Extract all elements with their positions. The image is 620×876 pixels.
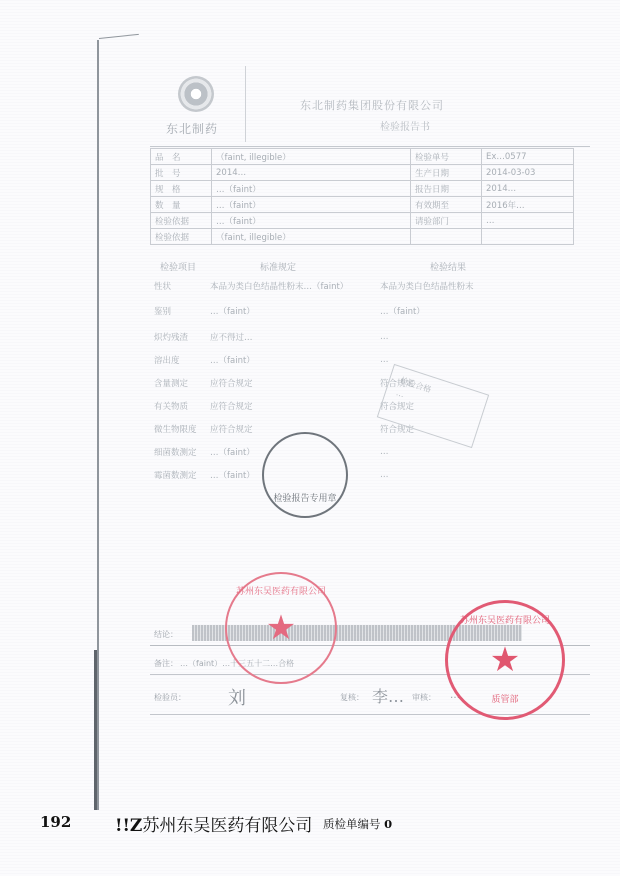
test-row: 有关物质应符合规定符合规定 xyxy=(150,394,580,417)
star-icon: ★ xyxy=(490,643,520,677)
info-cell: （faint, illegible） xyxy=(212,149,411,165)
info-cell: …（faint） xyxy=(212,213,411,229)
test-item: 炽灼残渣 xyxy=(150,331,210,343)
test-result: …（faint） xyxy=(380,305,580,317)
info-row: 品 名（faint, illegible）检验单号Ex…0577 xyxy=(151,149,574,165)
product-info-table: 品 名（faint, illegible）检验单号Ex…0577批 号2014…… xyxy=(150,148,574,245)
info-cell: 2014-03-03 xyxy=(482,165,574,181)
inspector-label: 检验员： xyxy=(154,692,186,703)
test-result: … xyxy=(380,447,580,457)
info-cell: 2014… xyxy=(482,181,574,197)
header-divider xyxy=(245,66,246,142)
inspection-seal: 检验报告专用章 xyxy=(262,432,348,518)
test-result: … xyxy=(380,332,580,342)
column-header-standard: 标准规定 xyxy=(260,260,296,273)
info-cell: 检验依据 xyxy=(151,213,212,229)
qc-label: 质检单编号 xyxy=(323,817,381,831)
info-cell: … xyxy=(482,213,574,229)
info-cell: 2014… xyxy=(212,165,411,181)
info-cell: …（faint） xyxy=(212,181,411,197)
qc-number: 质检单编号 0 xyxy=(323,816,392,832)
info-cell: 生产日期 xyxy=(411,165,482,181)
info-cell: 报告日期 xyxy=(411,181,482,197)
info-cell: 数 量 xyxy=(151,197,212,213)
conclusion-label: 结论： xyxy=(154,629,178,640)
test-standard: …（faint） xyxy=(210,354,380,366)
info-row: 规 格…（faint）报告日期2014… xyxy=(151,181,574,197)
star-icon: ★ xyxy=(266,611,296,645)
info-cell: 检验单号 xyxy=(411,149,482,165)
inspector-signature: 刘 xyxy=(228,684,246,710)
logo-text: 东北制药 xyxy=(166,120,218,137)
qc-value: 0 xyxy=(384,817,392,831)
info-cell: 批 号 xyxy=(151,165,212,181)
test-item: 溶出度 xyxy=(150,354,210,366)
test-standard: 应符合规定 xyxy=(210,377,380,389)
test-row: 鉴别…（faint）…（faint） xyxy=(150,297,580,325)
test-row: 细菌数测定…（faint）… xyxy=(150,440,580,463)
reviewer-signature: 李… xyxy=(372,684,404,707)
info-cell: 有效期至 xyxy=(411,197,482,213)
info-cell xyxy=(482,229,574,245)
seal-text: 苏州东吴医药有限公司 xyxy=(448,613,562,626)
test-standard: 本品为类白色结晶性粉末…（faint） xyxy=(210,280,380,292)
binder-tick xyxy=(99,34,139,39)
info-cell: …（faint） xyxy=(212,197,411,213)
footer-company-name: 苏州东吴医药有限公司 xyxy=(142,816,312,836)
test-item: 性状 xyxy=(150,280,210,292)
distributor-seal: ★ 苏州东吴医药有限公司 xyxy=(225,572,337,684)
test-standard: 应符合规定 xyxy=(210,400,380,412)
test-item: 微生物限度 xyxy=(150,423,210,435)
footer-company: !!Z苏州东吴医药有限公司 xyxy=(115,811,312,836)
column-header-item: 检验项目 xyxy=(160,260,196,273)
reviewer-label: 复核： xyxy=(340,692,364,703)
info-cell: 品 名 xyxy=(151,149,212,165)
test-item: 霉菌数测定 xyxy=(150,469,210,481)
test-row: 炽灼残渣应不得过…… xyxy=(150,325,580,348)
test-row: 溶出度…（faint）… xyxy=(150,348,580,371)
binder-line xyxy=(97,40,99,810)
test-row: 含量测定应符合规定符合规定 xyxy=(150,371,580,394)
info-cell xyxy=(411,229,482,245)
test-standard: …（faint） xyxy=(210,305,380,317)
test-item: 鉴别 xyxy=(150,305,210,317)
test-item: 细菌数测定 xyxy=(150,446,210,458)
report-header: 东北制药 东北制药集团股份有限公司 检验报告书 xyxy=(150,60,590,147)
seal-subtext: 质管部 xyxy=(448,692,562,705)
info-row: 检验依据（faint, illegible） xyxy=(151,229,574,245)
info-cell: 请验部门 xyxy=(411,213,482,229)
test-row: 微生物限度应符合规定符合规定 xyxy=(150,417,580,440)
info-row: 检验依据…（faint）请验部门… xyxy=(151,213,574,229)
test-row: 性状本品为类白色结晶性粉末…（faint）本品为类白色结晶性粉末 xyxy=(150,274,580,297)
info-row: 批 号2014…生产日期2014-03-03 xyxy=(151,165,574,181)
footer-prefix: !!Z xyxy=(115,816,142,836)
column-header-result: 检验结果 xyxy=(430,260,466,273)
info-cell: （faint, illegible） xyxy=(212,229,411,245)
company-logo-icon xyxy=(178,76,214,112)
info-cell: Ex…0577 xyxy=(482,149,574,165)
test-result: … xyxy=(380,470,580,480)
test-result: 本品为类白色结晶性粉末 xyxy=(380,280,580,292)
test-row: 霉菌数测定…（faint）… xyxy=(150,463,580,486)
report-title: 检验报告书 xyxy=(380,118,430,133)
seal-text: 苏州东吴医药有限公司 xyxy=(227,584,335,597)
info-cell: 规 格 xyxy=(151,181,212,197)
binder-line-bottom xyxy=(94,650,97,810)
remark-label: 备注： xyxy=(154,658,178,669)
page-number: 192 xyxy=(40,813,71,831)
test-item: 含量测定 xyxy=(150,377,210,389)
issuer-name: 东北制药集团股份有限公司 xyxy=(300,97,444,113)
company-seal: ★ 苏州东吴医药有限公司 质管部 xyxy=(445,600,565,720)
scanned-page: 东北制药 东北制药集团股份有限公司 检验报告书 品 名（faint, illeg… xyxy=(0,0,620,876)
info-cell: 检验依据 xyxy=(151,229,212,245)
test-result: … xyxy=(380,355,580,365)
test-results: 性状本品为类白色结晶性粉末…（faint）本品为类白色结晶性粉末鉴别…（fain… xyxy=(150,274,580,486)
approver-label: 审核： xyxy=(412,692,436,703)
info-row: 数 量…（faint）有效期至2016年… xyxy=(151,197,574,213)
test-item: 有关物质 xyxy=(150,400,210,412)
seal-text: 检验报告专用章 xyxy=(264,491,346,504)
test-standard: 应不得过… xyxy=(210,331,380,343)
info-cell: 2016年… xyxy=(482,197,574,213)
